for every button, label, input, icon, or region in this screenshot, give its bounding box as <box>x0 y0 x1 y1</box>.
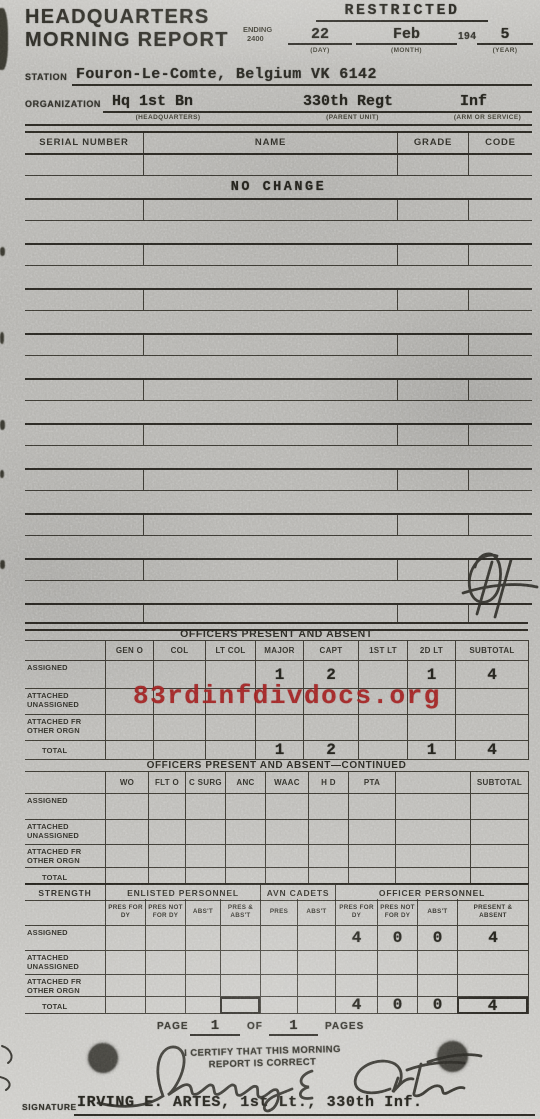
value-cell <box>377 951 417 975</box>
value-cell <box>105 741 153 760</box>
row-label: TOTAL <box>25 868 105 884</box>
ending-label-line2: 2400 <box>243 34 287 43</box>
officers-table-title: OFFICERS PRESENT AND ABSENT <box>25 627 528 640</box>
value-cell <box>265 868 308 884</box>
value-cell <box>148 868 185 884</box>
table-corner-cell <box>25 899 105 926</box>
column-header: PTA <box>348 772 395 794</box>
row-label: ATTACHED UNASSIGNED <box>25 820 105 845</box>
column-header: GEN O <box>105 641 153 661</box>
value-cell <box>260 951 297 975</box>
value-cell: 4 <box>457 997 528 1014</box>
row-label: ASSIGNED <box>25 926 105 951</box>
column-header: PRESENT & ABSENT <box>457 899 528 926</box>
pages-count-field: 1 <box>269 1018 318 1036</box>
table-corner-cell <box>25 641 105 661</box>
parent-unit-sublabel: (PARENT UNIT) <box>295 114 410 121</box>
column-header: 2D LT <box>407 641 455 661</box>
value-cell <box>105 926 145 951</box>
value-cell <box>220 926 260 951</box>
roster-empty-line <box>25 266 532 290</box>
value-cell: 1 <box>255 741 303 760</box>
table-corner-cell <box>25 772 105 794</box>
value-cell <box>185 845 225 868</box>
roster-empty-rows: NO CHANGE <box>25 155 532 622</box>
ending-label-line1: ENDING <box>243 25 287 34</box>
edge-mark-1 <box>2 1046 12 1063</box>
value-cell <box>185 997 220 1014</box>
value-cell <box>335 975 377 997</box>
value-cell <box>297 975 335 997</box>
page-number: 1 <box>211 1018 219 1034</box>
value-cell <box>220 997 260 1014</box>
value-cell <box>470 820 528 845</box>
value-cell <box>105 997 145 1014</box>
value-cell: 2 <box>303 741 358 760</box>
value-cell <box>145 926 185 951</box>
value-cell <box>407 715 455 741</box>
edge-speck <box>0 332 4 344</box>
value-cell <box>260 926 297 951</box>
column-header: PRES NOT FOR DY <box>145 899 185 926</box>
value-cell <box>455 689 528 715</box>
column-header: 1ST LT <box>358 641 407 661</box>
roster-empty-cells-row <box>25 245 532 266</box>
edge-mark-2 <box>0 1077 10 1090</box>
value-cell <box>185 820 225 845</box>
column-header-serial-number: SERIAL NUMBER <box>25 131 143 153</box>
signature-label: SIGNATURE <box>22 1102 77 1112</box>
punch-hole-left <box>88 1043 118 1073</box>
organization-parent-unit: 330th Regt <box>303 93 393 110</box>
edge-speck <box>0 560 5 569</box>
roster-empty-line <box>25 536 532 560</box>
roster-empty-cells-row <box>25 200 532 221</box>
column-header: FLT O <box>148 772 185 794</box>
value-cell: 0 <box>377 926 417 951</box>
value-cell: 4 <box>335 926 377 951</box>
classification-stamp: RESTRICTED <box>316 2 488 22</box>
column-header: PRES FOR DY <box>105 899 145 926</box>
value-cell <box>470 845 528 868</box>
column-header: WAAC <box>265 772 308 794</box>
edge-speck <box>0 420 5 430</box>
date-year-value: 5 <box>500 26 509 43</box>
value-cell <box>265 820 308 845</box>
roster-empty-cells-row <box>25 560 532 581</box>
column-header: PRES NOT FOR DY <box>377 899 417 926</box>
value-cell <box>185 926 220 951</box>
value-cell: 0 <box>417 926 457 951</box>
value-cell: 1 <box>407 741 455 760</box>
value-cell <box>145 975 185 997</box>
column-header <box>395 772 470 794</box>
value-cell <box>255 715 303 741</box>
row-label: ASSIGNED <box>25 661 105 689</box>
date-month-value: Feb <box>393 26 420 43</box>
roster-empty-cells-row <box>25 425 532 446</box>
page-label: PAGE <box>157 1021 189 1032</box>
value-cell <box>105 715 153 741</box>
ending-2400-label: ENDING 2400 <box>243 25 287 44</box>
day-sublabel: (DAY) <box>288 47 352 54</box>
column-header: LT COL <box>205 641 255 661</box>
value-cell: 4 <box>457 926 528 951</box>
roster-empty-cells-row <box>25 155 532 176</box>
value-cell <box>348 845 395 868</box>
value-cell <box>470 868 528 884</box>
value-cell <box>377 975 417 997</box>
value-cell <box>153 715 205 741</box>
punch-hole-right <box>437 1041 468 1072</box>
value-cell <box>260 997 297 1014</box>
value-cell <box>395 794 470 820</box>
value-cell <box>205 715 255 741</box>
organization-label: ORGANIZATION <box>25 99 101 109</box>
year-sublabel: (YEAR) <box>477 47 533 54</box>
value-cell <box>265 794 308 820</box>
roster-empty-line <box>25 491 532 515</box>
value-cell <box>145 951 185 975</box>
value-cell <box>470 794 528 820</box>
column-header: CAPT <box>303 641 358 661</box>
station-underline <box>72 82 532 86</box>
column-header-grade: GRADE <box>397 131 468 153</box>
column-header: ABS'T <box>185 899 220 926</box>
edge-speck <box>0 247 5 256</box>
column-header: WO <box>105 772 148 794</box>
column-header: SUBTOTAL <box>470 772 528 794</box>
month-sublabel: (MONTH) <box>356 47 457 54</box>
value-cell <box>185 868 225 884</box>
column-header: COL <box>153 641 205 661</box>
value-cell <box>105 845 148 868</box>
value-cell <box>308 868 348 884</box>
year-prefix: 194 <box>458 31 477 42</box>
roster-empty-cells-row <box>25 290 532 311</box>
value-cell <box>225 868 265 884</box>
value-cell <box>105 794 148 820</box>
value-cell <box>308 820 348 845</box>
column-header: ABS'T <box>297 899 335 926</box>
roster-header-row: SERIAL NUMBER NAME GRADE CODE <box>25 131 532 155</box>
row-label: ASSIGNED <box>25 794 105 820</box>
roster-empty-line <box>25 446 532 470</box>
column-header: ANC <box>225 772 265 794</box>
value-cell <box>220 951 260 975</box>
value-cell <box>153 741 205 760</box>
value-cell <box>220 975 260 997</box>
value-cell: 0 <box>417 997 457 1014</box>
value-cell <box>348 868 395 884</box>
value-cell <box>308 794 348 820</box>
value-cell <box>225 820 265 845</box>
value-cell <box>205 741 255 760</box>
column-header: SUBTOTAL <box>455 641 528 661</box>
value-cell <box>395 868 470 884</box>
organization-unit: Hq 1st Bn <box>112 93 193 110</box>
value-cell: 4 <box>335 997 377 1014</box>
form-title-line2: MORNING REPORT <box>25 29 229 52</box>
page-number-field: 1 <box>190 1018 240 1036</box>
column-header: ABS'T <box>417 899 457 926</box>
roster-empty-line: NO CHANGE <box>25 176 532 200</box>
roster-empty-line <box>25 311 532 335</box>
row-label: ATTACHED FR OTHER ORGN <box>25 975 105 997</box>
value-cell <box>148 820 185 845</box>
watermark: 83rdinfdivdocs.org <box>133 681 441 711</box>
value-cell <box>105 951 145 975</box>
roster-empty-cells-row <box>25 515 532 536</box>
value-cell <box>348 794 395 820</box>
column-header-code: CODE <box>468 131 532 153</box>
value-cell <box>395 820 470 845</box>
value-cell: 4 <box>455 661 528 689</box>
value-cell <box>417 951 457 975</box>
station-value: Fouron-Le-Comte, Belgium VK 6142 <box>76 66 377 83</box>
row-label: TOTAL <box>25 741 105 760</box>
roster-empty-line <box>25 401 532 425</box>
value-cell <box>297 926 335 951</box>
value-cell: 0 <box>377 997 417 1014</box>
value-cell <box>148 794 185 820</box>
date-day-value: 22 <box>311 26 329 43</box>
unit-sublabel: (HEADQUARTERS) <box>110 114 226 121</box>
of-label: OF <box>247 1021 263 1032</box>
value-cell <box>348 820 395 845</box>
value-cell <box>105 820 148 845</box>
value-cell <box>105 868 148 884</box>
signature-typed-name: IRVING E. ARTES, 1st Lt., 330th Inf. <box>77 1094 423 1111</box>
value-cell <box>358 715 407 741</box>
value-cell <box>148 845 185 868</box>
value-cell: 4 <box>455 741 528 760</box>
column-header: PRES <box>260 899 297 926</box>
signature-underline <box>74 1112 535 1116</box>
no-change-entry: NO CHANGE <box>231 180 326 195</box>
value-cell <box>417 975 457 997</box>
column-header: C SURG <box>185 772 225 794</box>
column-header-name: NAME <box>143 131 397 153</box>
row-label: TOTAL <box>25 997 105 1014</box>
roster-table: SERIAL NUMBER NAME GRADE CODE NO CHANGE <box>25 131 532 622</box>
pages-label: PAGES <box>325 1021 364 1032</box>
arm-sublabel: (ARM OR SERVICE) <box>440 114 535 121</box>
value-cell <box>297 997 335 1014</box>
value-cell <box>105 975 145 997</box>
value-cell <box>185 794 225 820</box>
roster-empty-cells-row <box>25 380 532 401</box>
row-label: ATTACHED FR OTHER ORGN <box>25 845 105 868</box>
officers-continued-title: OFFICERS PRESENT AND ABSENT—CONTINUED <box>25 759 528 771</box>
value-cell <box>303 715 358 741</box>
row-label: ATTACHED UNASSIGNED <box>25 951 105 975</box>
column-header: PRES & ABS'T <box>220 899 260 926</box>
roster-empty-line <box>25 356 532 380</box>
organization-underline <box>103 109 532 113</box>
value-cell <box>225 845 265 868</box>
form-title-line1: HEADQUARTERS <box>25 6 210 29</box>
value-cell <box>225 794 265 820</box>
roster-empty-line <box>25 221 532 245</box>
organization-arm: Inf <box>460 93 487 110</box>
pages-count: 1 <box>289 1018 297 1034</box>
strength-table: PRES FOR DYPRES NOT FOR DYABS'TPRES & AB… <box>25 899 529 1014</box>
value-cell <box>308 845 348 868</box>
value-cell <box>260 975 297 997</box>
value-cell <box>457 975 528 997</box>
date-year-field: 5 <box>477 24 533 45</box>
roster-empty-line <box>25 581 532 605</box>
value-cell <box>457 951 528 975</box>
row-label: ATTACHED UNASSIGNED <box>25 689 105 715</box>
column-header: H D <box>308 772 348 794</box>
value-cell <box>185 975 220 997</box>
station-label: STATION <box>25 72 67 82</box>
date-day-field: 22 <box>288 24 352 45</box>
row-label: ATTACHED FR OTHER ORGN <box>25 715 105 741</box>
value-cell <box>297 951 335 975</box>
roster-empty-cells-row <box>25 470 532 491</box>
value-cell <box>265 845 308 868</box>
edge-speck <box>0 470 4 478</box>
officers-continued-table: WOFLT OC SURGANCWAACH DPTASUBTOTALASSIGN… <box>25 771 529 884</box>
value-cell <box>335 951 377 975</box>
morning-report-scan: HEADQUARTERS MORNING REPORT RESTRICTED E… <box>0 0 540 1119</box>
value-cell <box>455 715 528 741</box>
roster-empty-cells-row <box>25 605 532 622</box>
value-cell <box>145 997 185 1014</box>
value-cell <box>358 741 407 760</box>
value-cell <box>185 951 220 975</box>
column-header: PRES FOR DY <box>335 899 377 926</box>
column-header: MAJOR <box>255 641 303 661</box>
value-cell <box>395 845 470 868</box>
date-month-field: Feb <box>356 24 457 45</box>
roster-empty-cells-row <box>25 335 532 356</box>
edge-smudge-top-left <box>0 8 8 70</box>
